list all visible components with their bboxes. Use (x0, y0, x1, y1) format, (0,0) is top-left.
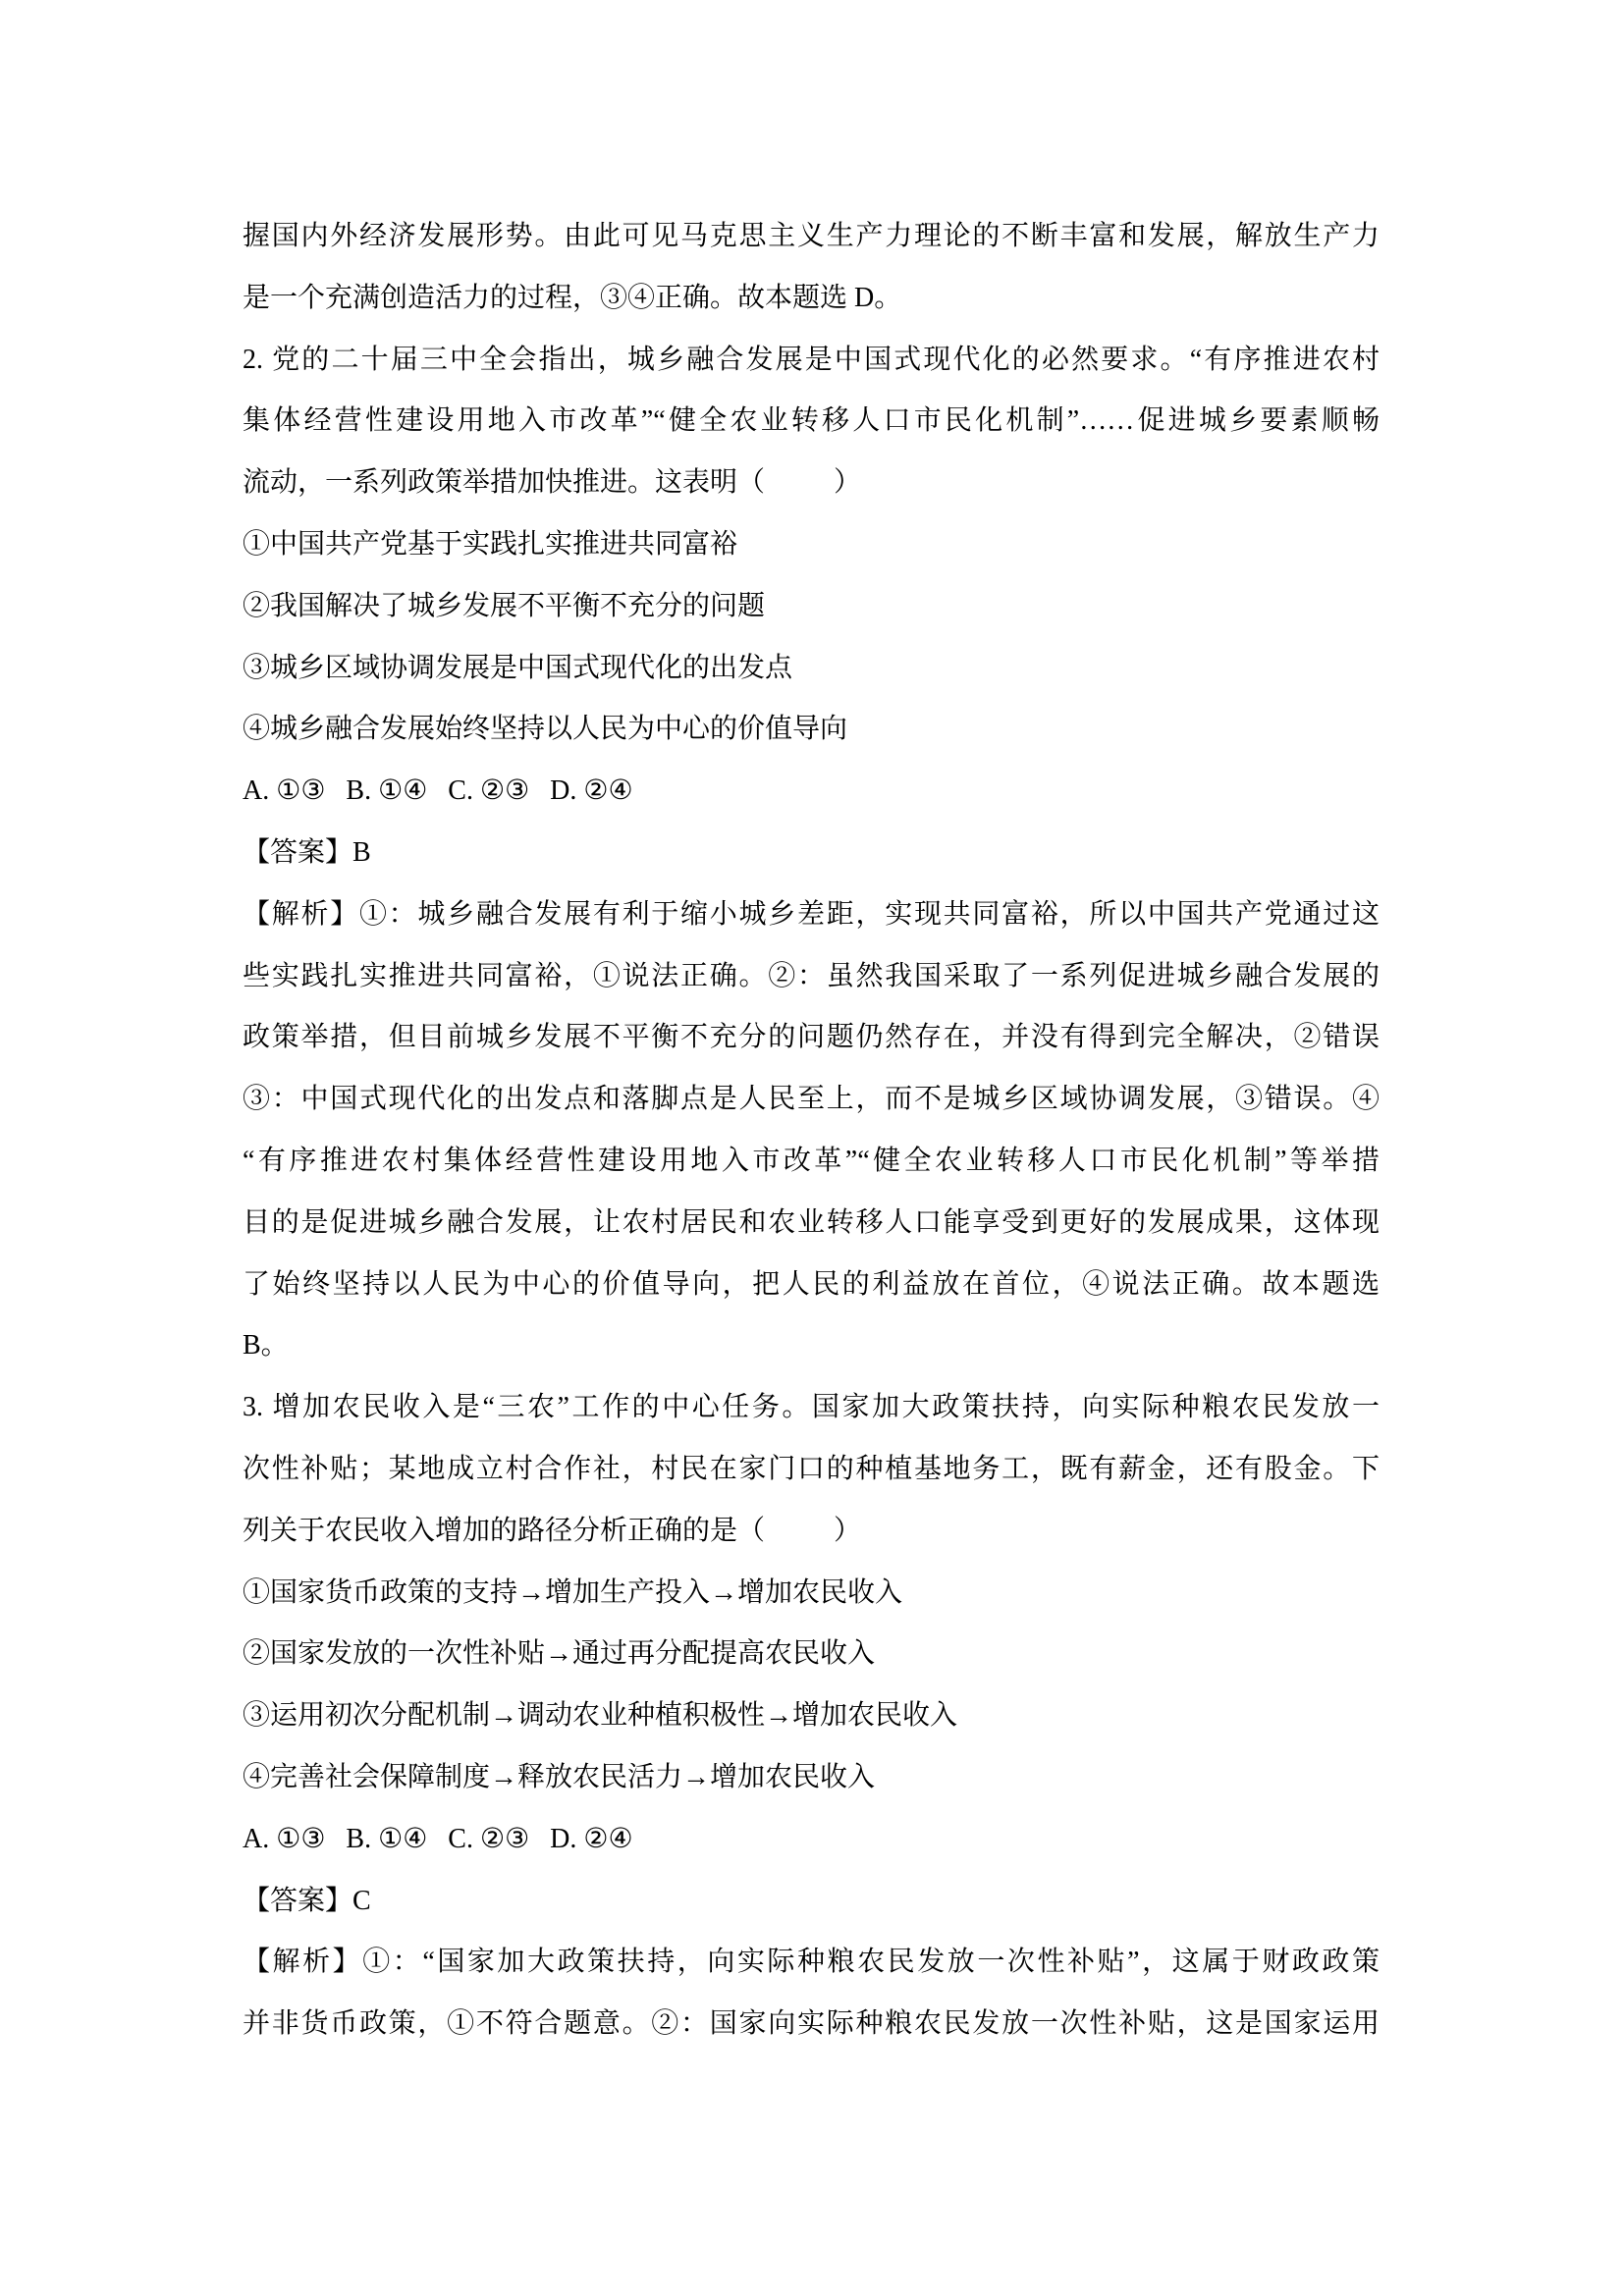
q2-answer-line: 【答案】B (243, 823, 1380, 884)
document-text: 握国内外经济发展形势。由此可见马克思主义生产力理论的不断丰富和发展，解放生产力是… (243, 206, 1380, 2056)
q3-option-1: ①国家货币政策的支持→增加生产投入→增加农民收入 (243, 1563, 1380, 1625)
q2-analysis-line: “有序推进农村集体经营性建设用地入市改革”“健全农业转移人口市民化机制”等举措 (243, 1131, 1380, 1193)
q2-analysis-line: B。 (243, 1315, 1380, 1377)
q3-analysis-line: 并非货币政策，①不符合题意。②：国家向实际种粮农民发放一次性补贴，这是国家运用 (243, 1994, 1380, 2056)
q1-analysis-line: 握国内外经济发展形势。由此可见马克思主义生产力理论的不断丰富和发展，解放生产力 (243, 206, 1380, 268)
q2-analysis-line: 些实践扎实推进共同富裕，①说法正确。②：虽然我国采取了一系列促进城乡融合发展的 (243, 946, 1380, 1008)
q3-option-4: ④完善社会保障制度→释放农民活力→增加农民收入 (243, 1747, 1380, 1809)
q3-stem-line: 3. 增加农民收入是“三农”工作的中心任务。国家加大政策扶持，向实际种粮农民发放… (243, 1377, 1380, 1439)
q2-choices-line: A. ①③ B. ①④ C. ②③ D. ②④ (243, 761, 1380, 823)
document-page: 握国内外经济发展形势。由此可见马克思主义生产力理论的不断丰富和发展，解放生产力是… (0, 0, 1624, 2296)
q2-stem-line: 集体经营性建设用地入市改革”“健全农业转移人口市民化机制”……促进城乡要素顺畅 (243, 391, 1380, 453)
q2-analysis-line: ③：中国式现代化的出发点和落脚点是人民至上，而不是城乡区域协调发展，③错误。④ (243, 1069, 1380, 1131)
q3-analysis-line: 【解析】①：“国家加大政策扶持，向实际种粮农民发放一次性补贴”，这属于财政政策 (243, 1932, 1380, 1994)
q3-stem-line: 列关于农民收入增加的路径分析正确的是（ ） (243, 1501, 1380, 1563)
q2-option-2: ②我国解决了城乡发展不平衡不充分的问题 (243, 576, 1380, 638)
q2-analysis-line: 了始终坚持以人民为中心的价值导向，把人民的利益放在首位，④说法正确。故本题选 (243, 1255, 1380, 1316)
q3-stem-line: 次性补贴；某地成立村合作社，村民在家门口的种植基地务工，既有薪金，还有股金。下 (243, 1439, 1380, 1501)
q3-choices-line: A. ①③ B. ①④ C. ②③ D. ②④ (243, 1809, 1380, 1871)
q2-option-1: ①中国共产党基于实践扎实推进共同富裕 (243, 514, 1380, 576)
q2-option-3: ③城乡区域协调发展是中国式现代化的出发点 (243, 638, 1380, 700)
q2-stem-line: 2. 党的二十届三中全会指出，城乡融合发展是中国式现代化的必然要求。“有序推进农… (243, 330, 1380, 392)
q2-analysis-line: 目的是促进城乡融合发展，让农村居民和农业转移人口能享受到更好的发展成果，这体现 (243, 1193, 1380, 1255)
q3-answer-line: 【答案】C (243, 1871, 1380, 1933)
q2-option-4: ④城乡融合发展始终坚持以人民为中心的价值导向 (243, 699, 1380, 761)
q3-option-2: ②国家发放的一次性补贴→通过再分配提高农民收入 (243, 1624, 1380, 1685)
q2-analysis-line: 【解析】①：城乡融合发展有利于缩小城乡差距，实现共同富裕，所以中国共产党通过这 (243, 884, 1380, 946)
q2-stem-line: 流动，一系列政策举措加快推进。这表明（ ） (243, 453, 1380, 514)
q3-option-3: ③运用初次分配机制→调动农业种植积极性→增加农民收入 (243, 1685, 1380, 1747)
q2-analysis-line: 政策举措，但目前城乡发展不平衡不充分的问题仍然存在，并没有得到完全解决，②错误 (243, 1007, 1380, 1069)
q1-analysis-line: 是一个充满创造活力的过程，③④正确。故本题选 D。 (243, 268, 1380, 330)
